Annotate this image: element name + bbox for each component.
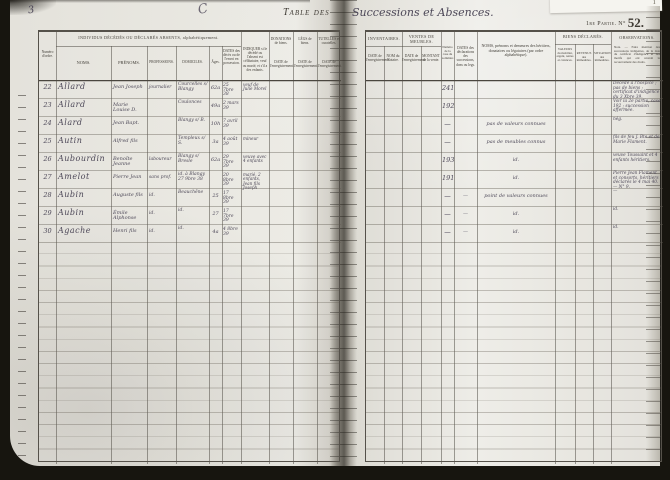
cell-domicile: Templeux s/ S.	[178, 137, 208, 146]
cell-numero: 27	[40, 174, 55, 181]
table-row: 241Décédé à l'hospice ; pas de biens ; c…	[366, 80, 661, 98]
page-title-script: Successions et Absences.	[352, 6, 494, 19]
cell-etat: veuve avec 4 enfants	[243, 155, 268, 164]
col-header-sommier: Numéro de la case du sommier.	[442, 46, 453, 61]
col-header-prenoms: PRÉNOMS.	[111, 60, 147, 65]
cell-date-declaration: —	[456, 230, 475, 235]
table-row: ——point de valeurs connues—	[366, 188, 661, 206]
col-header-tutelles: TUTELLES et curatelles.	[318, 37, 340, 45]
col-header-valeurs: VALEURS du mobilier, argent, rentes et c…	[556, 48, 574, 63]
col-header-inv-notaire: NOM du Notaire.	[384, 54, 402, 62]
col-header-numero: Numéro d'ordre.	[39, 50, 56, 58]
col-header-vente-date: DATE de l'enregistrement.	[402, 54, 421, 62]
cell-numero: 28	[40, 192, 55, 199]
cell-numero: 25	[40, 138, 55, 145]
col-header-revenus: REVENUS des immeubles.	[576, 52, 592, 63]
cell-sommier: —	[442, 211, 453, 218]
cell-profession: sans prof.	[149, 176, 175, 181]
cell-sommier: —	[442, 139, 453, 146]
col-header-vente-montant: MONTANT de la vente.	[421, 54, 441, 62]
cell-heritiers: pas de meubles connus	[479, 140, 553, 145]
grid-line	[402, 46, 441, 47]
cell-profession: id.	[149, 230, 175, 235]
cell-sommier: 241	[442, 85, 453, 92]
col-header-tutelles-date: DATE de l'enregistrement.	[318, 60, 340, 68]
grid-line	[555, 44, 611, 45]
col-header-situation: SITUATION des immeubles.	[594, 52, 610, 63]
cell-observations: veuve Toussaint et 4 enfants héritiers.	[613, 154, 661, 163]
cell-date: 4 août 39	[223, 138, 240, 147]
cell-heritiers: point de valeurs connues	[479, 194, 553, 199]
col-header-noms: NOMS.	[56, 60, 111, 65]
table-row: —pas de meubles connusfils de feu J. Bte…	[366, 134, 661, 152]
cell-nom: Agache	[58, 227, 110, 235]
col-header-legs-date: DATE de l'enregistrement.	[294, 60, 316, 68]
cell-sommier: 193	[442, 157, 453, 164]
cell-nom: Amelot	[58, 173, 110, 181]
cell-age: 62a	[210, 86, 221, 91]
col-header-inv-date: DATE de l'enregistrement.	[366, 54, 384, 62]
cell-nom: Aubin	[58, 191, 110, 199]
group-header-biens: BIENS DÉCLARÉS.	[555, 35, 611, 40]
table-row: ——id.id.	[366, 206, 661, 224]
cell-observations: Voir la 2e partie, case 192 ; succession…	[613, 100, 661, 114]
cell-domicile: id.	[178, 209, 208, 214]
cell-numero: 30	[40, 228, 55, 235]
cell-date-declaration: —	[456, 212, 475, 217]
cell-age: 10h	[210, 122, 221, 127]
table-row: ——id.id.	[366, 224, 661, 242]
cell-age: 27	[210, 212, 221, 217]
col-header-donations: DONATIONS de biens.	[270, 37, 292, 45]
cell-prenoms: Jean Bapt.	[113, 121, 146, 126]
cell-domicile: Courcelles s/ Blangy	[178, 83, 208, 92]
cell-date: 25 7bre 38	[223, 84, 240, 98]
group-header-inventaires: INVENTAIRES.	[366, 37, 402, 42]
col-header-ages: Âges.	[209, 60, 222, 64]
cell-date: 20 8bre 39	[223, 174, 240, 188]
cell-date: 2 mars 39	[223, 102, 240, 111]
cell-domicile: id.	[178, 227, 208, 232]
cell-date: 7 avril 39	[223, 120, 240, 129]
cell-domicile: id. à Blangy 27 9bre 38	[178, 173, 208, 182]
cell-profession: laboureur	[149, 158, 175, 163]
table-row: 30AgacheHenri filsid.id.4a4 8bre 39	[39, 224, 339, 242]
cell-nom: Autin	[58, 137, 110, 145]
cell-profession: journalier	[149, 86, 175, 91]
cell-observations: fils de feu J. Bte et de Marie Flament.	[613, 136, 661, 145]
cell-heritiers: pas de valeurs connues	[479, 122, 553, 127]
cell-etat: veuf de Julie Morel	[243, 83, 268, 92]
cell-nom: Aubourdin	[58, 155, 110, 163]
cell-sommier: —	[442, 121, 453, 128]
cell-date: 17 7bre 39	[223, 210, 240, 224]
cell-domicile: Blangy s/ Bresle	[178, 155, 208, 164]
cell-nom: Aubin	[58, 209, 110, 217]
col-header-heritiers: NOMS, prénoms et demeures des héritiers,…	[479, 44, 553, 58]
table-row: 29AubinÉmile Alphonseid.id.2717 7bre 39	[39, 206, 339, 224]
cell-prenoms: Alfred fils	[113, 139, 146, 144]
page-title-printed: Table des	[283, 7, 330, 18]
cell-age: 3a	[210, 140, 221, 145]
cell-numero: 29	[40, 210, 55, 217]
cell-sommier: —	[442, 229, 453, 236]
cell-observations: nég.	[613, 118, 661, 123]
cell-heritiers: id.	[479, 176, 553, 181]
table-row: 192Voir la 2e partie, case 192 ; success…	[366, 98, 661, 116]
col-header-legs: LÉGS de biens.	[294, 37, 316, 45]
table-row: 23AllardMarie Louise D.Coulonces49a2 mar…	[39, 98, 339, 116]
cell-numero: 22	[40, 84, 55, 91]
cell-domicile: Blangy s/ B.	[178, 119, 208, 124]
cell-numero: 26	[40, 156, 55, 163]
cell-nom: Allard	[58, 83, 110, 91]
col-header-donations-date: DATE de l'enregistrement.	[270, 60, 292, 68]
table-row: 27AmelotPierre Jeansans prof.id. à Blang…	[39, 170, 339, 188]
cell-sommier: 191	[442, 175, 453, 182]
cell-heritiers: id.	[479, 230, 553, 235]
col-header-professions: PROFESSIONS.	[147, 60, 176, 64]
cell-heritiers: id.	[479, 158, 553, 163]
right-page-table: INVENTAIRES. DATE de l'enregistrement. N…	[365, 30, 662, 462]
cell-nom: Allard	[58, 101, 110, 109]
col-header-domiciles: DOMICILES.	[176, 60, 209, 64]
col-header-dates-decl: DATES des déclarations des successions, …	[455, 46, 476, 67]
cell-domicile: Beauchêne	[178, 191, 208, 196]
observations-fine-print: Nota. — Faire mention des successions in…	[614, 46, 660, 64]
empty-ruled-rows	[39, 242, 339, 463]
cell-numero: 23	[40, 102, 55, 109]
cell-date-declaration: —	[456, 194, 475, 199]
table-row: 28AubinAuguste filsid.Beauchêne2517 8bre…	[39, 188, 339, 206]
folio-number: 3	[27, 5, 35, 17]
cell-etat: mineur	[243, 137, 268, 141]
cell-prenoms: Marie Louise D.	[113, 103, 146, 114]
table-row: 191id.Pierre Jean Flament et consorts, h…	[366, 170, 661, 188]
pen-squiggle: C	[197, 1, 210, 18]
partie-number: 1re Partie. N° 52.	[586, 15, 644, 31]
table-row: 193id.veuve Toussaint et 4 enfants hérit…	[366, 152, 661, 170]
cell-prenoms: Benoîte Jeanne	[113, 157, 146, 168]
cell-profession: id.	[149, 212, 175, 217]
cell-age: 49a	[210, 104, 221, 109]
empty-ruled-rows	[366, 242, 661, 463]
cell-observations: —	[613, 190, 661, 195]
col-header-indiquer: INDIQUER si le décédé ou l'absent est cé…	[242, 47, 268, 72]
group-header-individus: INDIVIDUS DÉCÉDÉS OU DÉCLARÉS ABSENTS, a…	[56, 36, 241, 41]
table-row: 22AllardJean JosephjournalierCourcelles …	[39, 80, 339, 98]
group-header-ventes: VENTES DE MEUBLES.	[402, 35, 441, 45]
table-row: 24AlardJean Bapt.Blangy s/ B.10h7 avril …	[39, 116, 339, 134]
cell-age: 25	[210, 194, 221, 199]
cell-prenoms: Auguste fils	[113, 193, 146, 198]
cell-date: 29 7bre 39	[223, 156, 240, 170]
col-header-observations: OBSERVATIONS.	[611, 36, 663, 41]
cell-prenoms: Henri fils	[113, 229, 146, 234]
cell-sommier: —	[442, 193, 453, 200]
register-spread: 1 3 C Table des Successions et Absences.…	[10, 0, 660, 466]
cell-prenoms: Émile Alphonse	[113, 211, 146, 222]
cell-profession: id.	[149, 194, 175, 199]
grid-line	[366, 46, 402, 47]
cell-domicile: Coulonces	[178, 101, 208, 106]
left-page-table: Numéro d'ordre. INDIVIDUS DÉCÉDÉS OU DÉC…	[38, 30, 340, 462]
cell-prenoms: Jean Joseph	[113, 85, 146, 90]
cell-date: 17 8bre 39	[223, 192, 240, 206]
col-header-dates: DATES des décès ou de l'envoi en possess…	[222, 49, 241, 66]
cell-date: 4 8bre 39	[223, 228, 240, 237]
cell-nom: Alard	[58, 119, 110, 127]
cell-numero: 24	[40, 120, 55, 127]
page-top-shadow	[10, 0, 310, 3]
cell-age: 4a	[210, 230, 221, 235]
cell-sommier: 192	[442, 103, 453, 110]
cell-age: 62a	[210, 158, 221, 163]
cell-observations: id.	[613, 208, 661, 213]
left-margin-ticks	[18, 84, 26, 456]
cell-observations: id.	[613, 226, 661, 231]
cell-heritiers: id.	[479, 212, 553, 217]
table-row: —pas de valeurs connuesnég.	[366, 116, 661, 134]
grid-line	[56, 46, 241, 47]
cell-prenoms: Pierre Jean	[113, 175, 146, 180]
table-row: 25AutinAlfred filsTempleux s/ S.3a4 août…	[39, 134, 339, 152]
table-row: 26AubourdinBenoîte JeannelaboureurBlangy…	[39, 152, 339, 170]
